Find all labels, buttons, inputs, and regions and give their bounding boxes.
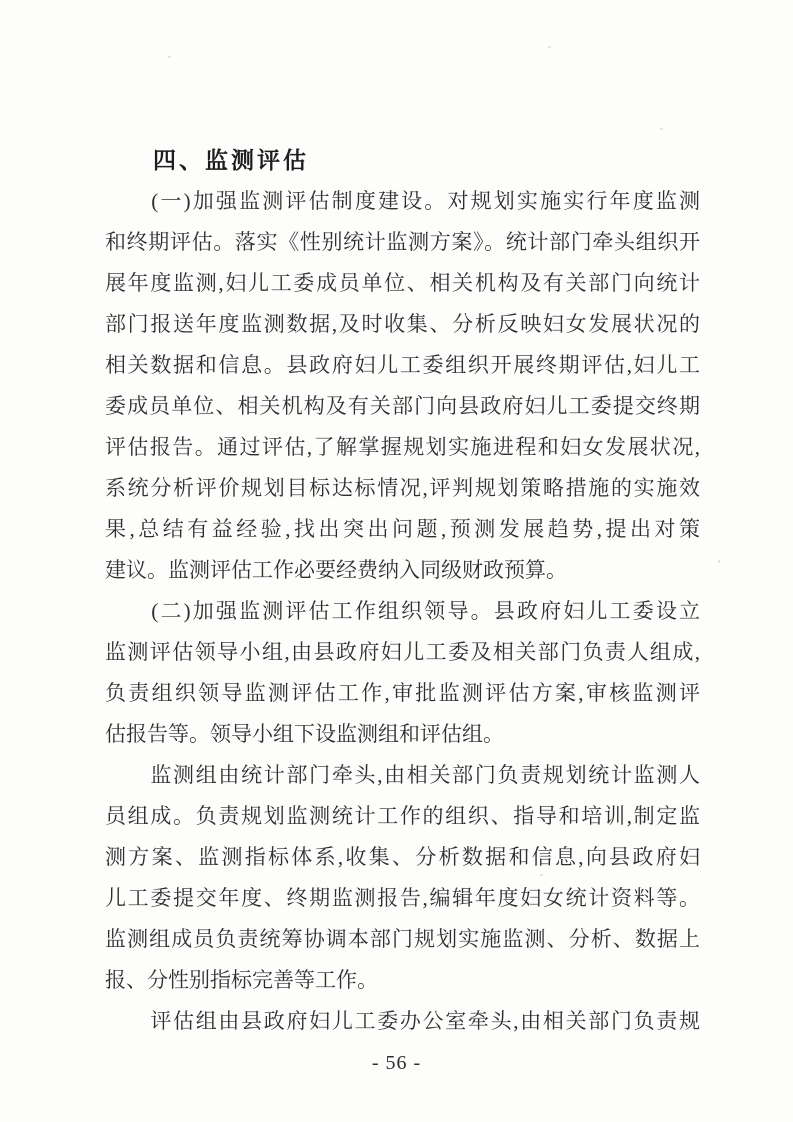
paragraph: (一)加强监测评估制度建设。对规划实施实行年度监测和终期评估。落实《性别统计监测… xyxy=(105,181,700,591)
text-line: 展年度监测,妇儿工委成员单位、相关机构及有关部门向统计 xyxy=(105,263,700,304)
text-line: 监测评估领导小组,由县政府妇儿工委及相关部门负责人组成, xyxy=(105,632,700,673)
page-number: - 56 - xyxy=(0,1052,793,1075)
scan-speck xyxy=(718,560,720,563)
paragraph: 监测组由统计部门牵头,由相关部门负责规划统计监测人员组成。负责规划监测统计工作的… xyxy=(105,755,700,1001)
text-line: 儿工委提交年度、终期监测报告,编辑年度妇女统计资料等。 xyxy=(105,878,700,919)
document-body: (一)加强监测评估制度建设。对规划实施实行年度监测和终期评估。落实《性别统计监测… xyxy=(105,181,700,1042)
scan-speck xyxy=(660,128,663,130)
paragraph: 评估组由县政府妇儿工委办公室牵头,由相关部门负责规 xyxy=(105,1001,700,1042)
text-line: 评估报告。通过评估,了解掌握规划实施进程和妇女发展状况, xyxy=(105,427,700,468)
text-line: 监测组成员负责统筹协调本部门规划实施监测、分析、数据上 xyxy=(105,919,700,960)
document-page: 四、监测评估 (一)加强监测评估制度建设。对规划实施实行年度监测和终期评估。落实… xyxy=(0,0,793,1122)
text-line: (二)加强监测评估工作组织领导。县政府妇儿工委设立 xyxy=(105,591,700,632)
text-line: 和终期评估。落实《性别统计监测方案》。统计部门牵头组织开 xyxy=(105,222,700,263)
text-line: 报、分性别指标完善等工作。 xyxy=(105,960,700,1001)
text-line: 员组成。负责规划监测统计工作的组织、指导和培训,制定监 xyxy=(105,796,700,837)
text-line: 估报告等。领导小组下设监测组和评估组。 xyxy=(105,714,700,755)
scan-speck xyxy=(548,46,551,48)
text-line: (一)加强监测评估制度建设。对规划实施实行年度监测 xyxy=(105,181,700,222)
section-heading: 四、监测评估 xyxy=(105,140,700,181)
text-line: 系统分析评价规划目标达标情况,评判规划策略措施的实施效 xyxy=(105,468,700,509)
text-line: 部门报送年度监测数据,及时收集、分析反映妇女发展状况的 xyxy=(105,304,700,345)
text-line: 负责组织领导监测评估工作,审批监测评估方案,审核监测评 xyxy=(105,673,700,714)
text-line: 建议。监测评估工作必要经费纳入同级财政预算。 xyxy=(105,550,700,591)
text-line: 委成员单位、相关机构及有关部门向县政府妇儿工委提交终期 xyxy=(105,386,700,427)
text-line: 评估组由县政府妇儿工委办公室牵头,由相关部门负责规 xyxy=(105,1001,700,1042)
text-line: 测方案、监测指标体系,收集、分析数据和信息,向县政府妇 xyxy=(105,837,700,878)
scan-speck xyxy=(168,56,171,58)
document-content: 四、监测评估 (一)加强监测评估制度建设。对规划实施实行年度监测和终期评估。落实… xyxy=(105,140,700,1042)
text-line: 相关数据和信息。县政府妇儿工委组织开展终期评估,妇儿工 xyxy=(105,345,700,386)
text-line: 果,总结有益经验,找出突出问题,预测发展趋势,提出对策 xyxy=(105,509,700,550)
text-line: 监测组由统计部门牵头,由相关部门负责规划统计监测人 xyxy=(105,755,700,796)
paragraph: (二)加强监测评估工作组织领导。县政府妇儿工委设立监测评估领导小组,由县政府妇儿… xyxy=(105,591,700,755)
